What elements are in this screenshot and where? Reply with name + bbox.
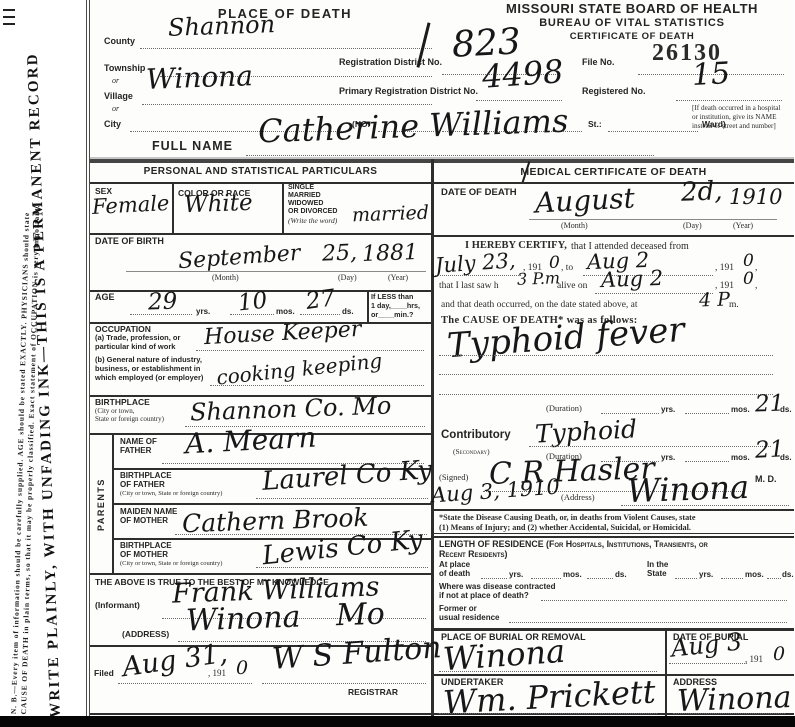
birthplace-value: Shannon Co. Mo bbox=[190, 393, 392, 424]
blank-line bbox=[509, 622, 787, 623]
footnote-line2: (1) Means of Injury; and (2) whether Acc… bbox=[439, 523, 691, 532]
father-name-label-2: FATHER bbox=[120, 447, 151, 455]
org-name: MISSOURI STATE BOARD OF HEALTH bbox=[482, 2, 782, 16]
blank-line bbox=[721, 578, 743, 579]
blank-line bbox=[140, 48, 432, 49]
full-name-value: Catherine Williams bbox=[258, 105, 569, 148]
village-value: Winona bbox=[146, 62, 254, 94]
contracted-label-2: if not at place of death? bbox=[439, 592, 529, 600]
burial-place-value: Winona bbox=[442, 635, 566, 675]
cell-divider bbox=[282, 182, 284, 233]
rule-line bbox=[433, 533, 794, 534]
occupation-b-label-2: business, or establishment in bbox=[95, 365, 200, 373]
in-state-label-2: State bbox=[647, 570, 667, 578]
dob-label: DATE OF BIRTH bbox=[95, 237, 164, 246]
rule-line bbox=[529, 219, 777, 220]
rule-line bbox=[433, 235, 794, 237]
org-certificate: CERTIFICATE OF DEATH bbox=[482, 32, 782, 42]
blank-line bbox=[435, 275, 521, 276]
ds-label: ds. bbox=[782, 571, 794, 579]
death-certificate-page: N. B.—Every item of information should b… bbox=[0, 0, 795, 727]
blank-line bbox=[541, 600, 787, 601]
occupation-b-label-1: (b) General nature of industry, bbox=[95, 356, 202, 364]
age-label: AGE bbox=[95, 293, 115, 302]
occupation-a-value: House Keeper bbox=[204, 319, 362, 349]
father-name-value: A. Mearn bbox=[184, 424, 317, 459]
alive-on-label: alive on bbox=[557, 281, 587, 291]
ds-label: ds. bbox=[780, 406, 792, 414]
full-name-label: FULL NAME bbox=[152, 140, 233, 153]
file-no-label: File No. bbox=[582, 58, 615, 67]
marital-label-2: MARRIED bbox=[288, 192, 321, 199]
day-sublabel: (Day) bbox=[683, 222, 702, 231]
marital-label-1: SINGLE bbox=[288, 184, 314, 191]
filed-label: Filed bbox=[94, 669, 114, 678]
city-label: City bbox=[104, 120, 121, 129]
street-label: St.: bbox=[588, 120, 602, 129]
rule-line bbox=[112, 503, 431, 505]
dob-year-value: 1881 bbox=[362, 242, 419, 266]
year-sublabel: (Year) bbox=[388, 274, 408, 283]
color-race-value: White bbox=[184, 192, 253, 217]
death-occurred-label: and that death occurred, on the date sta… bbox=[441, 300, 638, 310]
ifless-line3: or____min.? bbox=[371, 311, 413, 319]
residence-title-line2: Recent Residents) bbox=[439, 550, 507, 559]
mother-maiden-label-2: OF MOTHER bbox=[120, 517, 168, 525]
or-label: or bbox=[112, 77, 119, 86]
marital-value: married bbox=[352, 204, 430, 226]
last-saw-year-digit: 0 bbox=[743, 271, 754, 288]
blank-line bbox=[210, 385, 424, 386]
age-years-value: 29 bbox=[148, 290, 178, 314]
attended-from-date: July 23, bbox=[434, 250, 516, 277]
mother-birthplace-hint: (City or town, State or foreign country) bbox=[120, 560, 222, 567]
m-label: m. bbox=[729, 300, 739, 310]
year-sublabel: (Year) bbox=[733, 222, 753, 231]
father-birthplace-hint: (City or town, State or foreign country) bbox=[120, 490, 222, 497]
filed-year-printed: , 191 bbox=[208, 669, 226, 679]
last-saw-label: that I last saw h bbox=[439, 281, 499, 291]
blank-line bbox=[673, 713, 785, 714]
mos-label: mos. bbox=[276, 308, 295, 316]
mos-label: mos. bbox=[745, 571, 764, 579]
date-of-death-month: August bbox=[534, 184, 635, 217]
hospital-note: [If death occurred in a hospital or inst… bbox=[692, 104, 784, 131]
signed-address-label: (Address) bbox=[561, 493, 595, 502]
personal-section: PERSONAL AND STATISTICAL PARTICULARS SEX… bbox=[90, 163, 431, 716]
occupation-b-label-3: which employed (or employer) bbox=[95, 374, 203, 382]
yrs-label: yrs. bbox=[661, 454, 675, 462]
blank-line bbox=[256, 567, 428, 568]
date-of-death-label: DATE OF DEATH bbox=[441, 188, 517, 198]
dob-month-value: September bbox=[177, 243, 301, 273]
occupation-a-label-1: (a) Trade, profession, or bbox=[95, 334, 180, 342]
blank-line bbox=[476, 100, 562, 101]
registered-no-value: 15 bbox=[691, 59, 731, 91]
registration-district-label: Registration District No. bbox=[339, 58, 442, 67]
blank-line bbox=[246, 155, 654, 156]
primary-registration-label: Primary Registration District No. bbox=[339, 87, 478, 96]
mother-birthplace-label-2: OF MOTHER bbox=[120, 551, 168, 559]
day-sublabel: (Day) bbox=[338, 274, 357, 283]
rule-line bbox=[90, 182, 431, 184]
blank-line bbox=[685, 461, 729, 462]
cell-divider bbox=[367, 290, 369, 322]
month-sublabel: (Month) bbox=[561, 222, 588, 231]
contributory-value: Typhoid bbox=[534, 416, 637, 446]
org-bureau: BUREAU OF VITAL STATISTICS bbox=[482, 18, 782, 30]
burial-date-value: Aug 3 bbox=[670, 629, 743, 660]
filed-year-digit: 0 bbox=[236, 659, 248, 678]
blank-line bbox=[130, 314, 192, 315]
contributory-label: Contributory bbox=[441, 429, 511, 441]
date-of-death-year: 1910 bbox=[729, 187, 782, 208]
mos-label: mos. bbox=[563, 571, 582, 579]
blank-line bbox=[481, 578, 507, 579]
md-label: M. D. bbox=[755, 475, 777, 484]
signed-address-value: Winona bbox=[626, 471, 749, 507]
marital-label-3: WIDOWED bbox=[288, 200, 323, 207]
month-sublabel: (Month) bbox=[212, 274, 239, 283]
blank-line bbox=[676, 100, 782, 101]
birthplace-hint-2: State or foreign country) bbox=[95, 416, 164, 424]
parents-label: PARENTS bbox=[96, 478, 106, 531]
blank-line bbox=[439, 713, 657, 714]
year-printed: , 191 bbox=[745, 655, 763, 665]
blank-line bbox=[142, 104, 432, 105]
informant-address-label: (ADDRESS) bbox=[122, 630, 169, 639]
mos-label: mos. bbox=[731, 454, 750, 462]
informant-label: (Informant) bbox=[95, 601, 140, 610]
county-label: County bbox=[104, 37, 135, 46]
blank-line bbox=[439, 355, 773, 356]
yrs-label: yrs. bbox=[509, 571, 523, 579]
undertaker-address-value: Winona bbox=[677, 683, 792, 717]
blank-line bbox=[300, 314, 340, 315]
ds-label: ds. bbox=[780, 454, 792, 462]
blank-line bbox=[669, 663, 747, 664]
blank-line bbox=[529, 446, 771, 447]
former-residence-label-2: usual residence bbox=[439, 614, 499, 622]
marital-label-4: OR DIVORCED bbox=[288, 208, 337, 215]
marital-hint: (Write the word) bbox=[288, 217, 337, 225]
blank-line bbox=[439, 671, 657, 672]
secondary-label: (Secondary) bbox=[453, 448, 490, 456]
residence-title-line1: LENGTH OF RESIDENCE (For Hospitals, Inst… bbox=[439, 540, 708, 549]
township-label: Township bbox=[104, 64, 145, 73]
to-label: , to bbox=[561, 263, 573, 273]
occupation-a-label-2: particular kind of work bbox=[95, 343, 175, 351]
ds-label: ds. bbox=[342, 308, 354, 316]
scan-marks-icon bbox=[3, 4, 15, 30]
blank-line bbox=[595, 293, 713, 294]
blank-line bbox=[439, 374, 773, 375]
blank-line bbox=[675, 578, 697, 579]
death-time-value: 4 P bbox=[699, 290, 731, 310]
cell-divider bbox=[665, 628, 667, 716]
comma: , bbox=[755, 281, 757, 291]
blank-line bbox=[587, 578, 613, 579]
medical-section: MEDICAL CERTIFICATE OF DEATH DATE OF DEA… bbox=[433, 163, 794, 716]
at-place-label-2: of death bbox=[439, 570, 470, 578]
primary-registration-value: 4498 bbox=[481, 55, 564, 93]
yrs-label: yrs. bbox=[196, 308, 210, 316]
county-value: Shannon bbox=[168, 12, 276, 40]
dob-day-value: 25, bbox=[322, 242, 358, 265]
comma: , bbox=[755, 263, 757, 273]
rule-line bbox=[126, 271, 426, 272]
ifless-line1: If LESS than bbox=[371, 293, 413, 301]
personal-section-title: PERSONAL AND STATISTICAL PARTICULARS bbox=[90, 167, 431, 178]
age-months-value: 10 bbox=[237, 290, 269, 316]
ifless-line2: 1 day,____hrs, bbox=[371, 302, 420, 310]
yrs-label: yrs. bbox=[699, 571, 713, 579]
rule-line bbox=[433, 536, 794, 538]
blank-line bbox=[531, 578, 561, 579]
yrs-label: yrs. bbox=[661, 406, 675, 414]
registered-no-label: Registered No. bbox=[582, 87, 646, 96]
blank-line bbox=[767, 578, 781, 579]
blank-line bbox=[685, 413, 729, 414]
blank-line bbox=[196, 350, 424, 351]
mother-maiden-value: Cathern Brook bbox=[182, 505, 369, 536]
registrar-label: REGISTRAR bbox=[348, 688, 398, 697]
blank-line bbox=[118, 683, 252, 684]
rule-line bbox=[90, 233, 431, 235]
blank-line bbox=[262, 683, 426, 684]
last-saw-date: Aug 2 bbox=[601, 268, 664, 291]
father-birthplace-label-2: OF FATHER bbox=[120, 481, 165, 489]
village-label: Village bbox=[104, 92, 133, 101]
year-printed: , 191 bbox=[715, 263, 734, 273]
ds-label: ds. bbox=[615, 571, 627, 579]
duration-label: (Duration) bbox=[546, 404, 582, 413]
medical-section-title: MEDICAL CERTIFICATE OF DEATH bbox=[433, 167, 794, 178]
scan-edge-bar bbox=[0, 716, 795, 727]
rule-line bbox=[433, 509, 794, 511]
mos-label: mos. bbox=[731, 406, 750, 414]
registrar-signature: W S Fulton bbox=[271, 633, 442, 675]
blank-line bbox=[621, 505, 789, 506]
informant-address-value: Winona Mo bbox=[186, 600, 386, 637]
attended-to-year-digit: 0 bbox=[743, 253, 754, 270]
blank-line bbox=[608, 131, 698, 132]
age-days-value: 27 bbox=[305, 287, 337, 314]
last-saw-time: 3 P.m bbox=[517, 270, 561, 287]
blank-line bbox=[256, 498, 428, 499]
certificate-form: PLACE OF DEATH MISSOURI STATE BOARD OF H… bbox=[86, 0, 794, 716]
blank-line bbox=[439, 394, 773, 395]
birthplace-label: BIRTHPLACE bbox=[95, 398, 150, 407]
cell-divider bbox=[172, 182, 174, 233]
sex-value: Female bbox=[92, 193, 170, 218]
occupation-b-value: cooking keeping bbox=[215, 350, 383, 387]
date-of-death-day: 2d, bbox=[681, 178, 723, 205]
burial-year-digit: 0 bbox=[773, 645, 785, 664]
footnote-line1: *State the Disease Causing Death, or, in… bbox=[439, 513, 696, 522]
or-label: or bbox=[112, 105, 119, 114]
blank-line bbox=[230, 314, 274, 315]
